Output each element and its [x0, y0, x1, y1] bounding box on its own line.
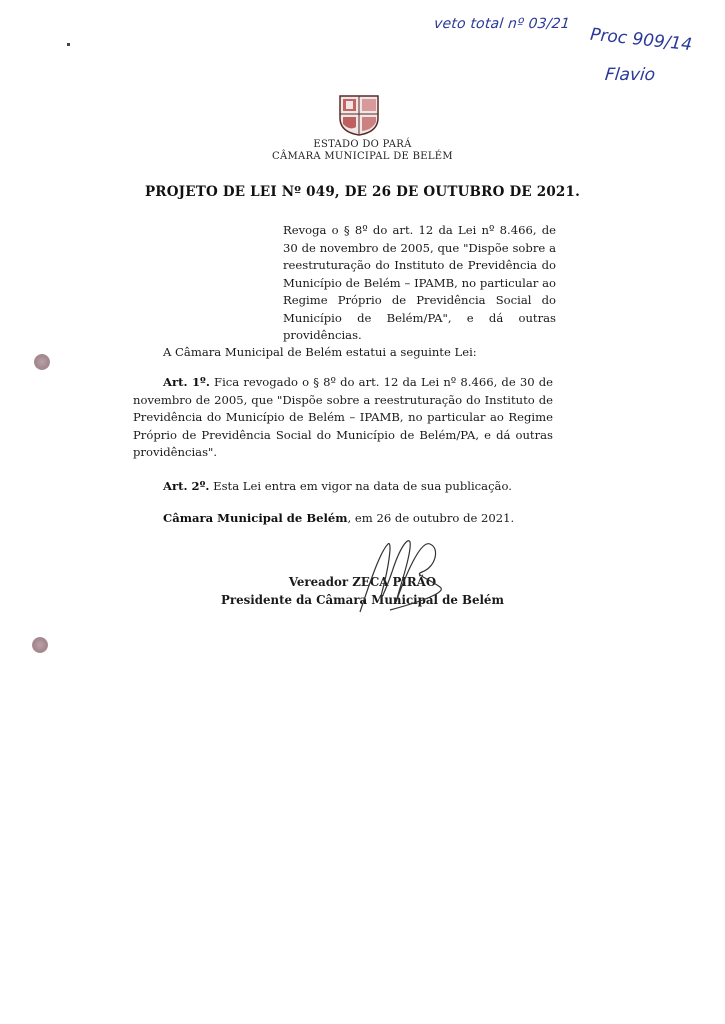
article-1: Art. 1º. Fica revogado o § 8º do art. 12… [133, 374, 553, 462]
coat-of-arms-icon [338, 94, 380, 136]
scan-speck [67, 43, 70, 46]
punch-hole-bottom [32, 637, 48, 653]
handwritten-veto-note: veto total nº 03/21 [433, 16, 571, 32]
handwritten-signature [330, 532, 460, 622]
handwritten-initial: Flavio [604, 65, 656, 85]
document-title: PROJETO DE LEI Nº 049, DE 26 DE OUTUBRO … [0, 184, 725, 200]
closing-place: Câmara Municipal de Belém [163, 511, 348, 525]
closing-date: , em 26 de outubro de 2021. [348, 511, 515, 525]
closing-line: Câmara Municipal de Belém, em 26 de outu… [163, 510, 563, 528]
ementa: Revoga o § 8º do art. 12 da Lei nº 8.466… [283, 222, 556, 345]
header-state: ESTADO DO PARÁ [0, 139, 725, 150]
article-1-label: Art. 1º. [163, 375, 210, 389]
header-chamber: CÂMARA MUNICIPAL DE BELÉM [0, 151, 725, 162]
article-2: Art. 2º. Esta Lei entra em vigor na data… [163, 478, 563, 496]
handwritten-process-note: Proc 909/14 [589, 25, 693, 56]
article-2-text: Esta Lei entra em vigor na data de sua p… [209, 479, 512, 493]
enactment-clause: A Câmara Municipal de Belém estatui a se… [163, 344, 563, 362]
punch-hole-top [34, 354, 50, 370]
article-2-label: Art. 2º. [163, 479, 209, 493]
